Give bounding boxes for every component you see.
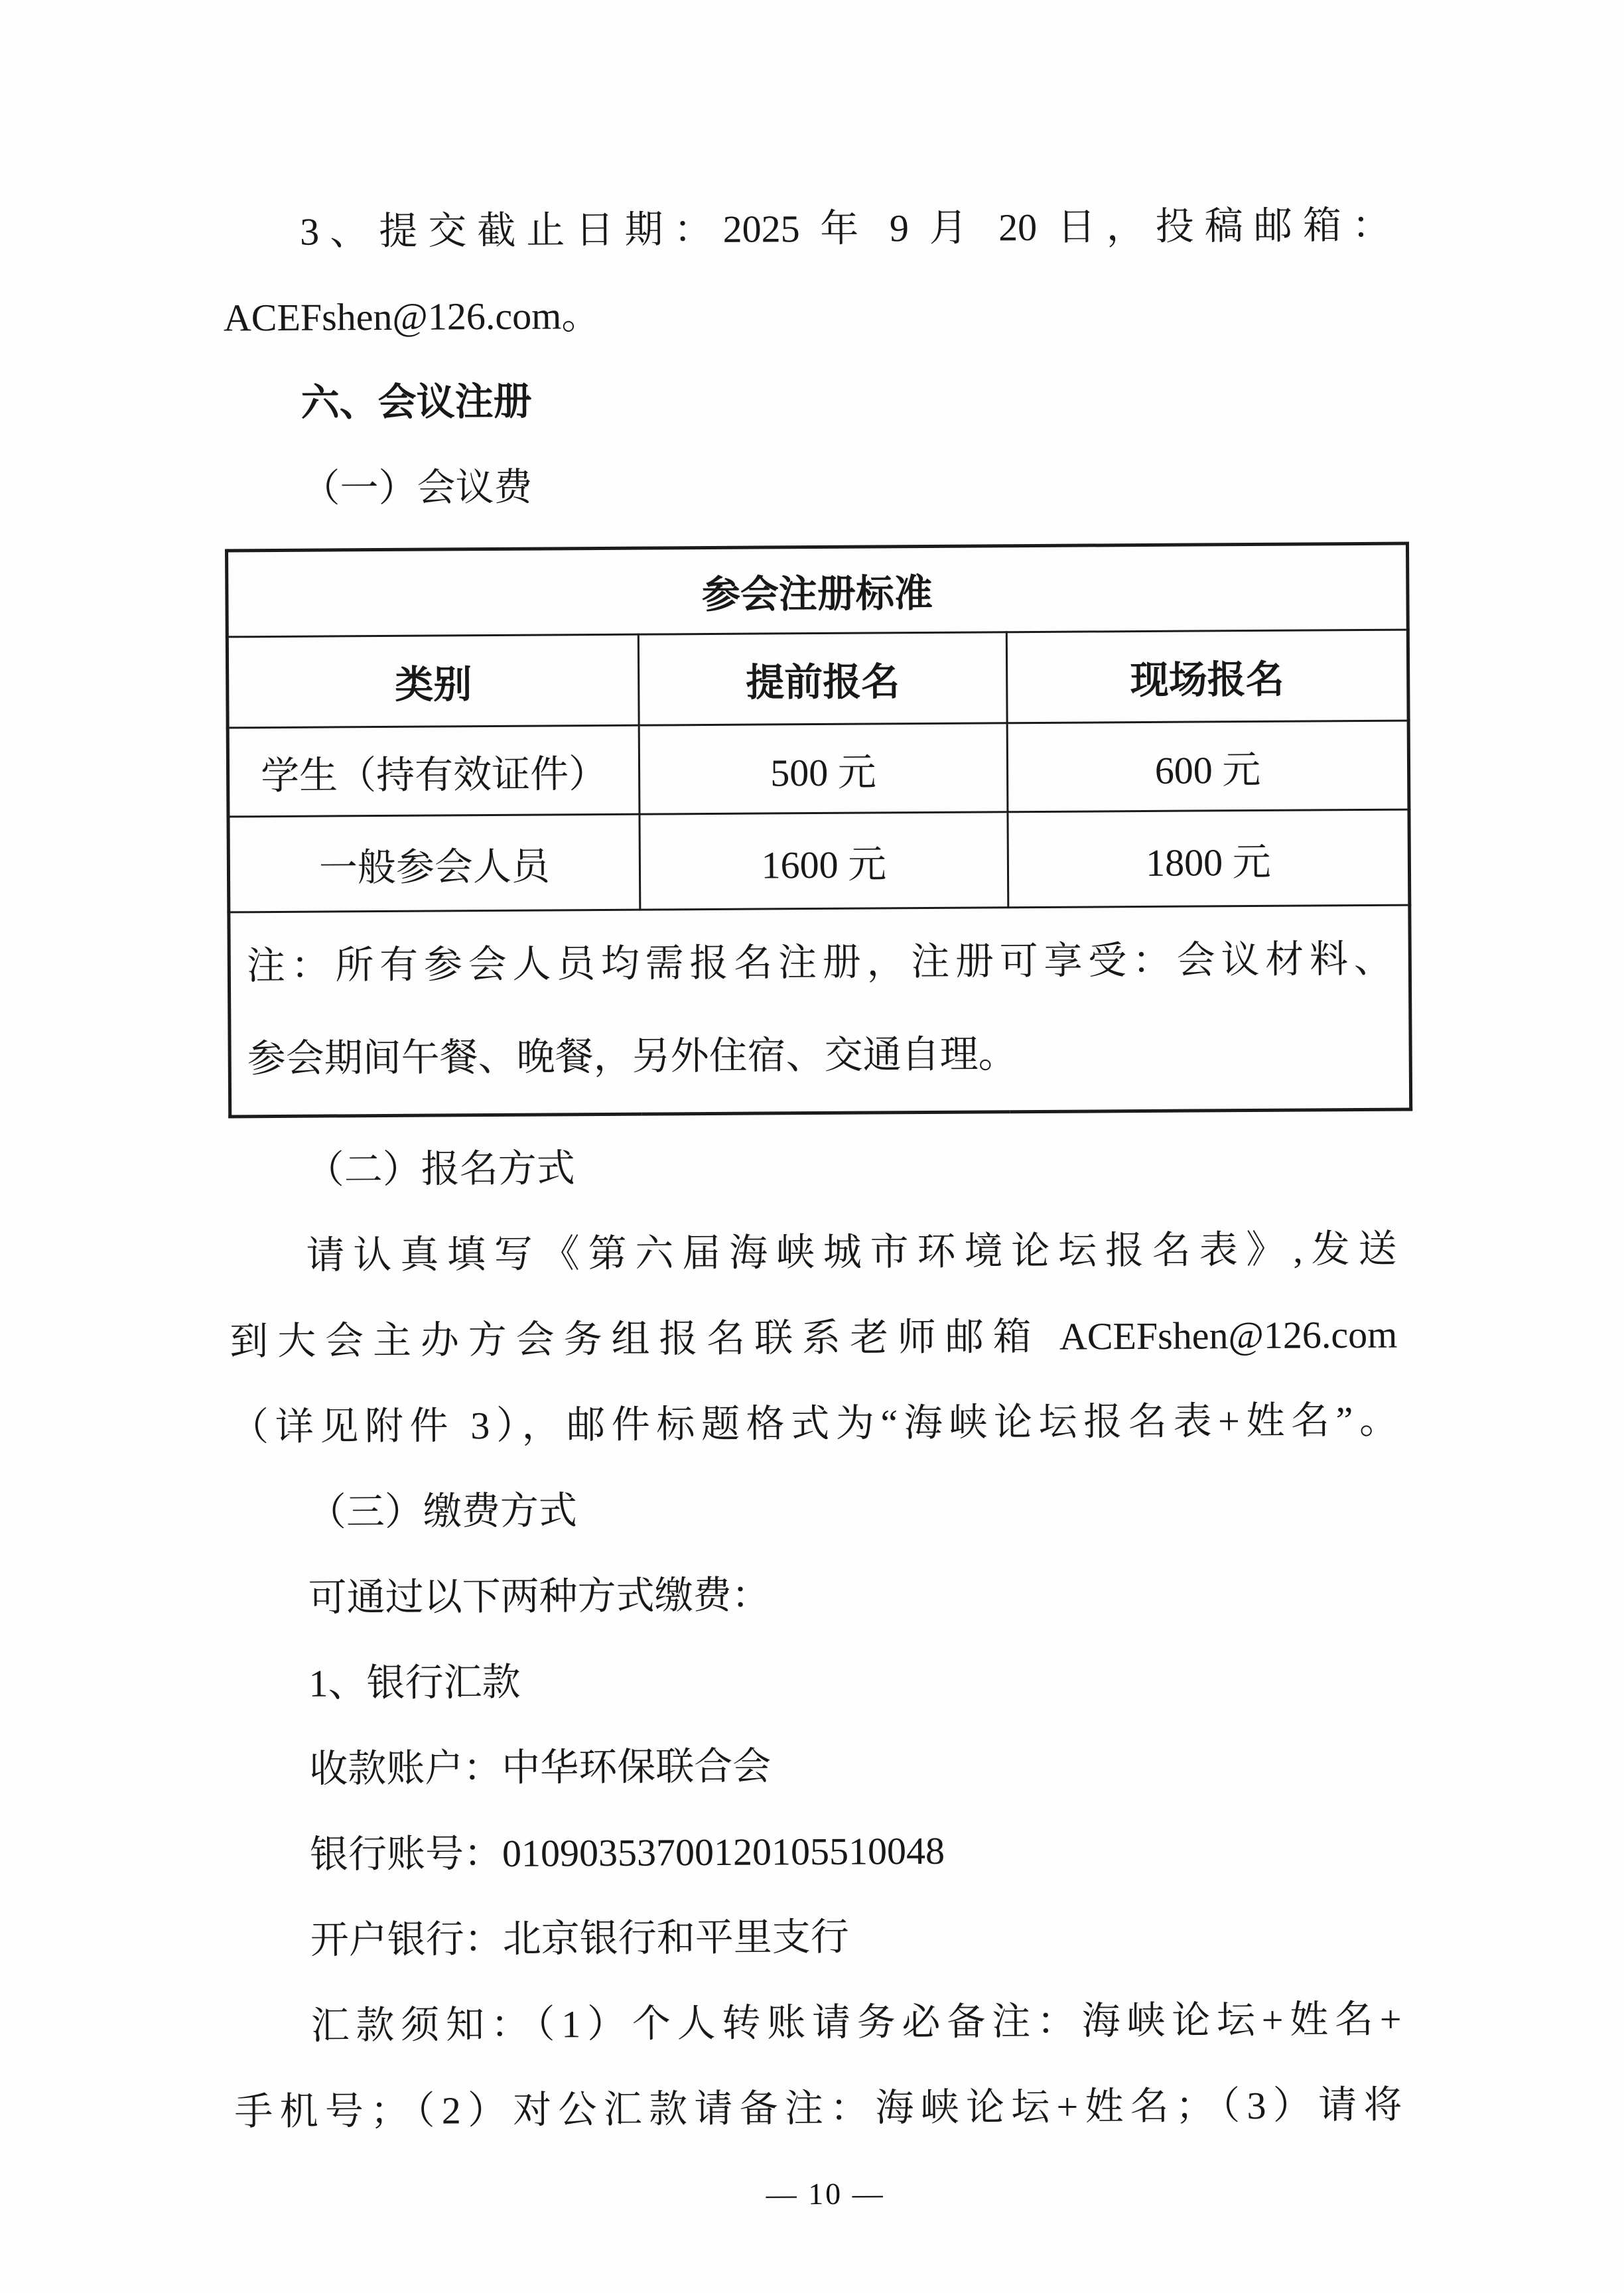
account-number-line: 银行账号：01090353700120105510048 — [233, 1805, 1414, 1898]
signup-paragraph-line2: 到大会主办方会务组报名联系老师邮箱 ACEFshen@126.com — [230, 1292, 1411, 1385]
signup-paragraph-line3: （详见附件 3），邮件标题格式为“海峡论坛报名表+姓名”。 — [230, 1377, 1412, 1470]
student-early-fee-cell: 500 元 — [639, 723, 1008, 814]
remittance-notice-line1: 汇款须知：（1）个人转账请务必备注：海峡论坛+姓名+ — [234, 1977, 1415, 2069]
sub2-heading-signup: （二）报名方式 — [228, 1121, 1410, 1214]
page-number: — 10 — — [235, 2173, 1416, 2215]
table-header-row: 类别 提前报名 现场报名 — [227, 630, 1408, 728]
column-header-onsite: 现场报名 — [1006, 630, 1408, 723]
general-category-cell: 一般参会人员 — [228, 814, 640, 912]
general-early-fee-cell: 1600 元 — [640, 812, 1008, 910]
table-title: 参会注册标准 — [227, 543, 1408, 637]
table-note-row: 注：所有参会人员均需报名注册，注册可享受：会议材料、 参会期间午餐、晚餐，另外住… — [229, 905, 1411, 1117]
student-category-cell: 学生（持有效证件） — [228, 725, 640, 817]
general-onsite-fee-cell: 1800 元 — [1008, 809, 1410, 908]
document-page: 3、提交截止日期：2025 年 9 月 20 日，投稿邮箱： ACEFshen@… — [0, 0, 1624, 2293]
document-content: 3、提交截止日期：2025 年 9 月 20 日，投稿邮箱： ACEFshen@… — [223, 182, 1416, 2215]
account-name-line: 收款账户：中华环保联合会 — [232, 1720, 1414, 1813]
remittance-notice-line2: 手机号；（2）对公汇款请备注：海峡论坛+姓名；（3）请将 — [234, 2062, 1416, 2155]
table-row-general: 一般参会人员 1600 元 1800 元 — [228, 809, 1410, 912]
section6-heading: 六、会议注册 — [224, 354, 1405, 447]
table-title-row: 参会注册标准 — [227, 543, 1408, 637]
sub3-heading-payment: （三）缴费方式 — [230, 1463, 1412, 1556]
column-header-early: 提前报名 — [638, 632, 1007, 725]
table-note-cell: 注：所有参会人员均需报名注册，注册可享受：会议材料、 参会期间午餐、晚餐，另外住… — [229, 905, 1411, 1117]
table-note-line2: 参会期间午餐、晚餐，另外住宿、交通自理。 — [247, 1006, 1393, 1106]
student-onsite-fee-cell: 600 元 — [1007, 721, 1409, 812]
payment-intro: 可通过以下两种方式缴费： — [231, 1549, 1412, 1641]
sub1-heading-fee: （一）会议费 — [224, 439, 1406, 532]
deadline-paragraph-line1: 3、提交截止日期：2025 年 9 月 20 日，投稿邮箱： — [223, 182, 1404, 275]
column-header-category: 类别 — [227, 634, 639, 728]
payment-method1-bank-transfer: 1、银行汇款 — [232, 1634, 1413, 1727]
deadline-paragraph-line2-email: ACEFshen@126.com。 — [223, 268, 1404, 361]
table-row-student: 学生（持有效证件） 500 元 600 元 — [228, 721, 1409, 817]
bank-branch-line: 开户银行：北京银行和平里支行 — [233, 1891, 1414, 1984]
registration-fee-table: 参会注册标准 类别 提前报名 现场报名 学生（持有效证件） 500 元 600 … — [225, 542, 1412, 1119]
signup-paragraph-line1: 请认真填写《第六届海峡城市环境论坛报名表》,发送 — [229, 1206, 1410, 1299]
table-note-line1: 注：所有参会人员均需报名注册，注册可享受：会议材料、 — [246, 913, 1392, 1013]
